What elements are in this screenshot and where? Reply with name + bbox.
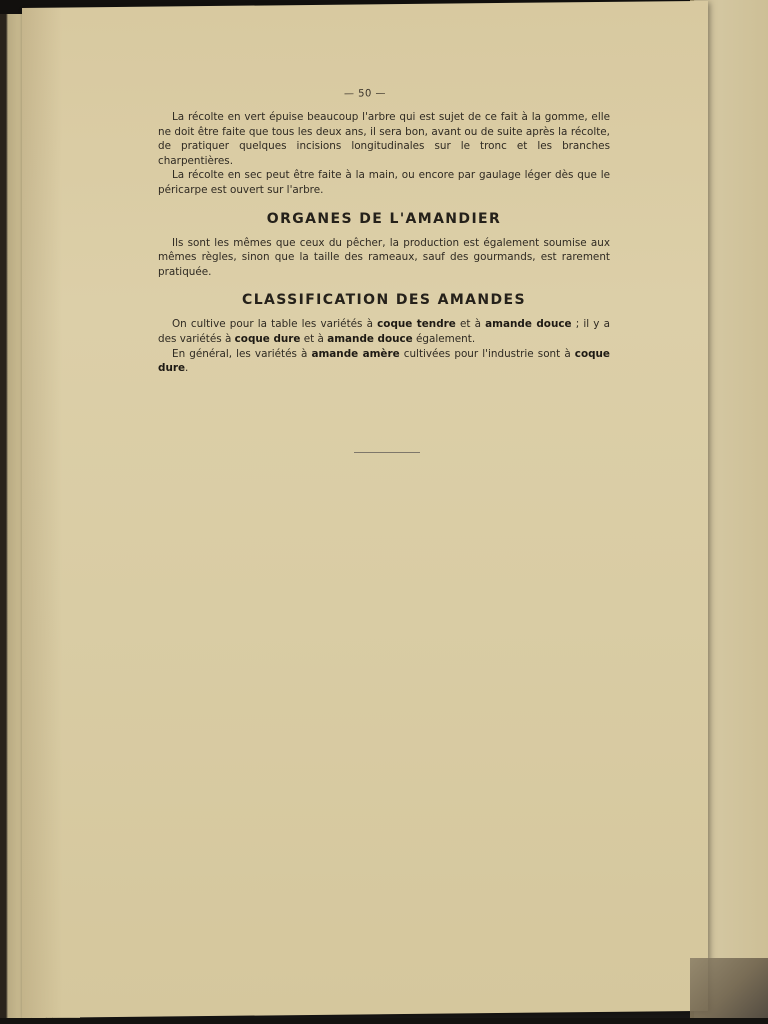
bold-term: amande amère — [311, 348, 399, 360]
text-run: . — [185, 362, 188, 374]
text-run: et à — [456, 318, 485, 330]
corner-shadow — [690, 958, 768, 1024]
page-content: La récolte en vert épuise beaucoup l'arb… — [158, 110, 610, 376]
bold-term: amande douce — [327, 333, 413, 345]
paragraph-harvest-dry: La récolte en sec peut être faite à la m… — [158, 168, 610, 197]
bold-term: amande douce — [485, 318, 571, 330]
paragraph-organes: Ils sont les mêmes que ceux du pêcher, l… — [158, 236, 610, 280]
text-run: On cultive pour la table les variétés à — [172, 318, 377, 330]
paragraph-harvest-green: La récolte en vert épuise beaucoup l'arb… — [158, 110, 610, 168]
heading-organes: ORGANES DE L'AMANDIER — [158, 210, 610, 228]
paragraph-classification-1: On cultive pour la table les variétés à … — [158, 317, 610, 346]
text-run: cultivées pour l'industrie sont à — [400, 348, 575, 360]
heading-classification: CLASSIFICATION DES AMANDES — [158, 291, 610, 309]
paragraph-classification-2: En général, les variétés à amande amère … — [158, 347, 610, 376]
section-end-divider — [354, 452, 420, 453]
background-bottom — [0, 1018, 768, 1024]
text-run: également. — [413, 333, 475, 345]
book-photo: — 50 — La récolte en vert épuise beaucou… — [0, 0, 768, 1024]
page-number: — 50 — — [22, 85, 708, 103]
text-run: En général, les variétés à — [172, 348, 311, 360]
bold-term: coque dure — [235, 333, 301, 345]
bold-term: coque tendre — [377, 318, 456, 330]
text-run: et à — [300, 333, 327, 345]
